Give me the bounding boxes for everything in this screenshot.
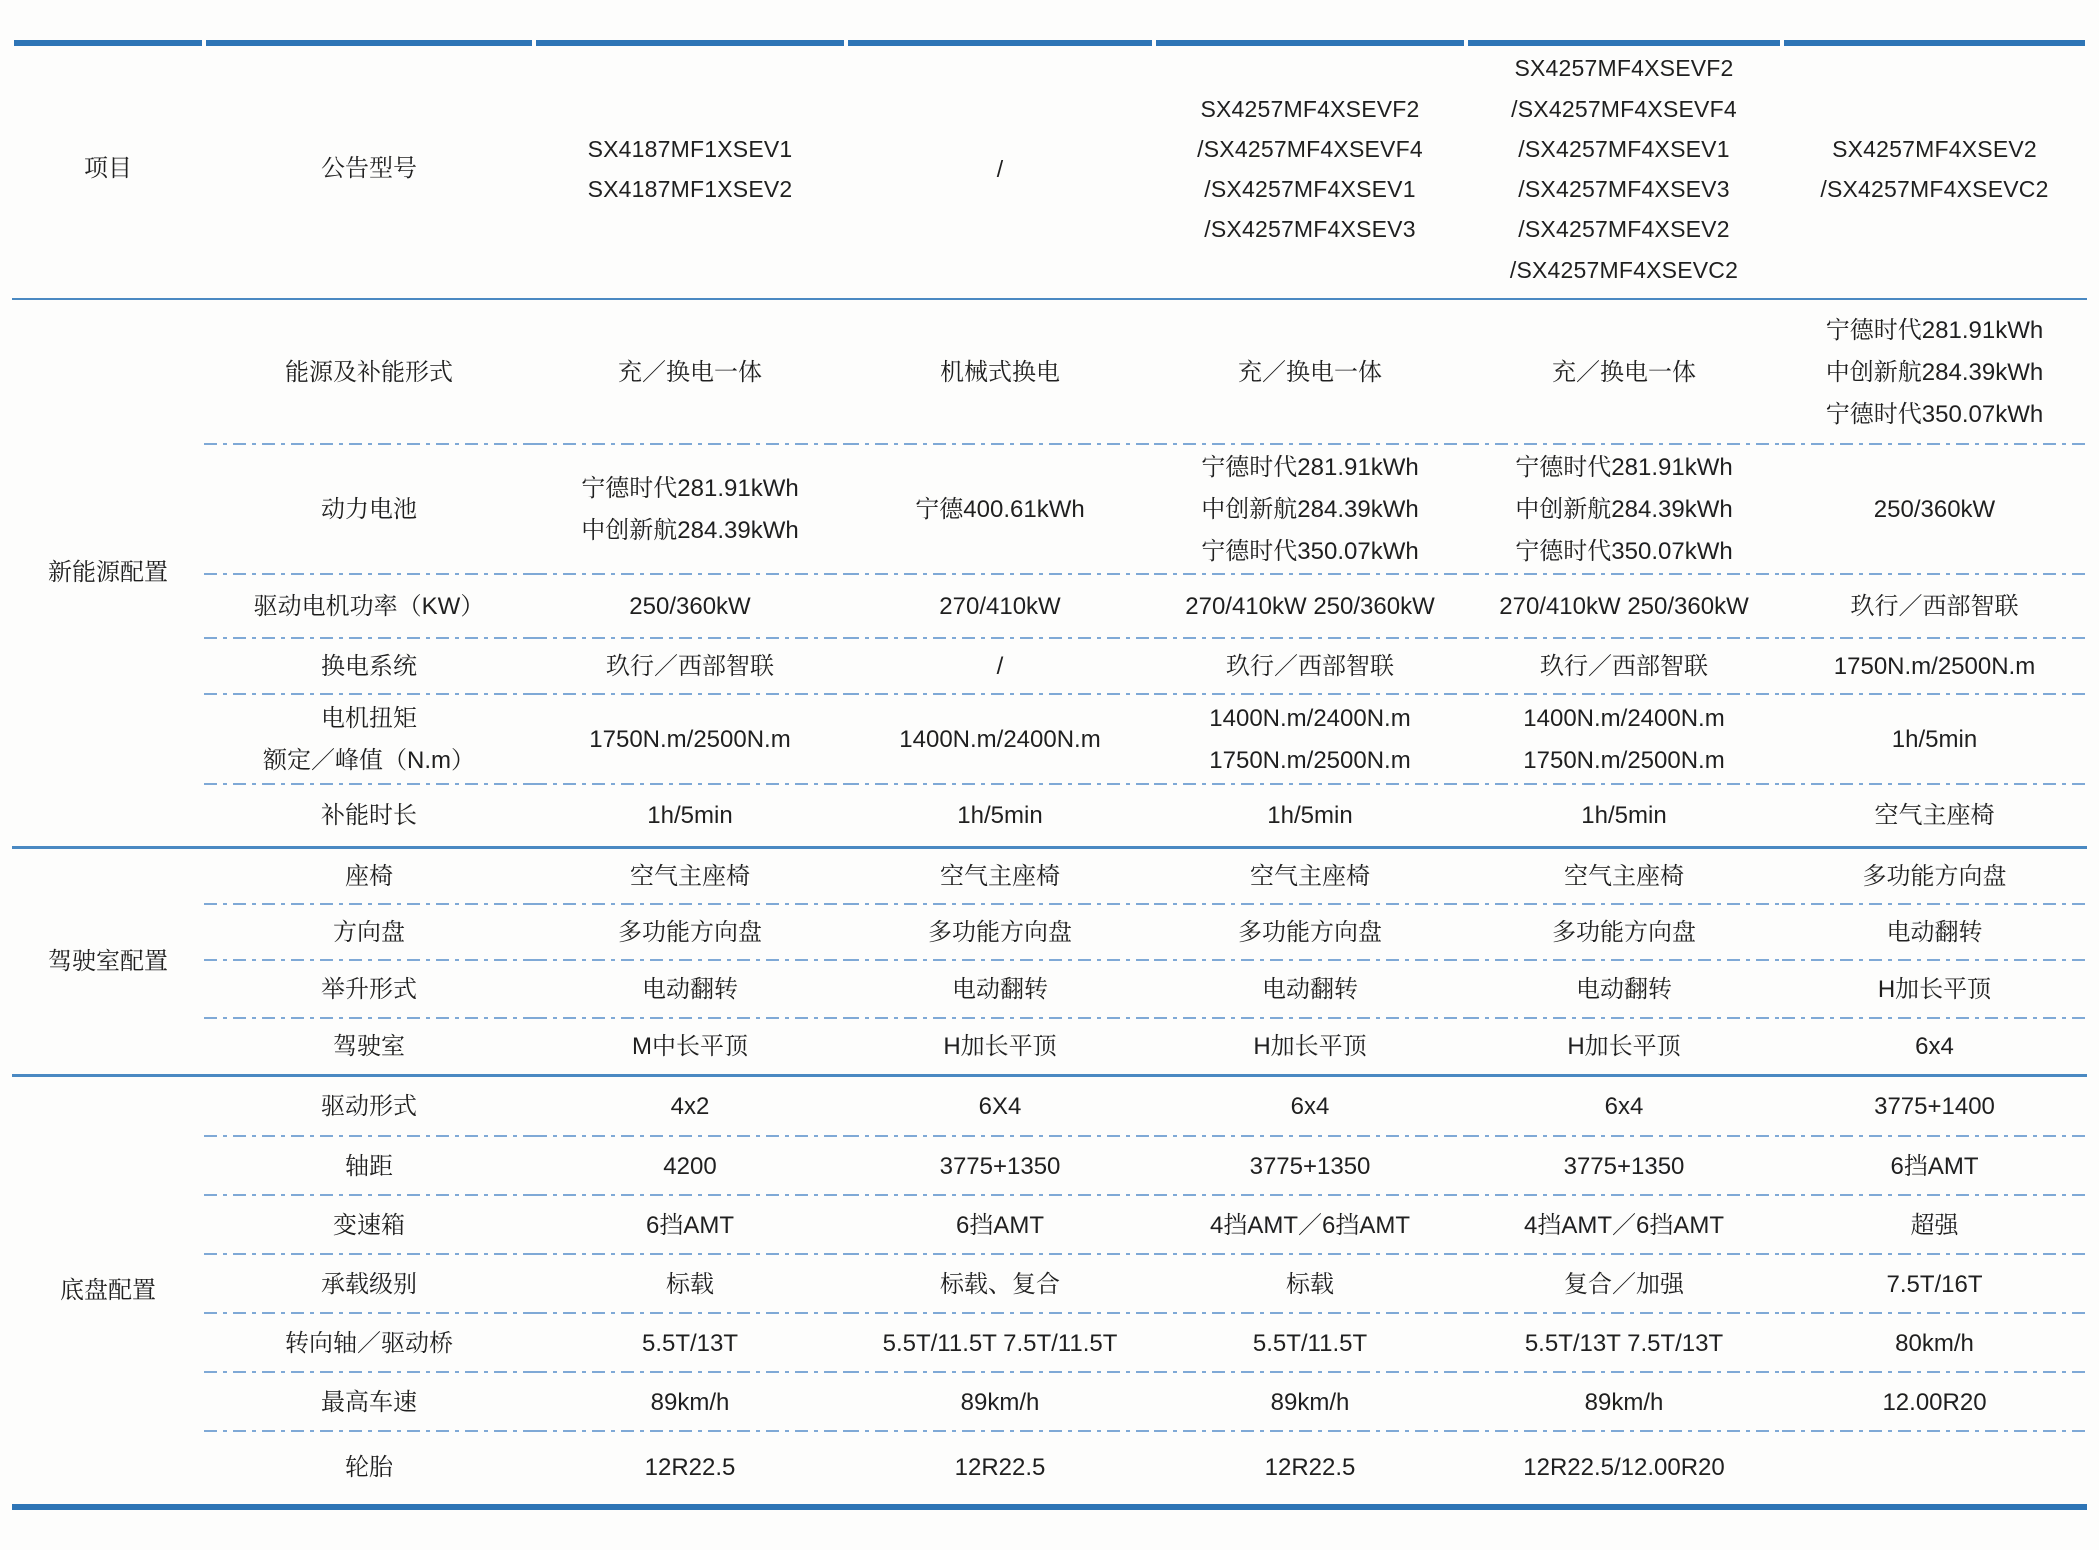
spec-value-cell: 超强 bbox=[1782, 1196, 2087, 1255]
header-row: 项目 公告型号 SX4187MF1XSEV1 SX4187MF1XSEV2 / … bbox=[12, 40, 2087, 300]
spec-value-cell: 标载 bbox=[1154, 1255, 1466, 1314]
spec-value-cell: 充／换电一体 bbox=[1154, 300, 1466, 445]
spec-value-cell: 电动翻转 bbox=[1466, 961, 1782, 1019]
spec-value-cell: 6挡AMT bbox=[534, 1196, 846, 1255]
row-label: 座椅 bbox=[204, 849, 534, 905]
row-label: 能源及补能形式 bbox=[204, 300, 534, 445]
table-row: 驾驶室M中长平顶H加长平顶H加长平顶H加长平顶6x4 bbox=[12, 1019, 2087, 1077]
spec-value-cell: 标载、复合 bbox=[846, 1255, 1154, 1314]
spec-table-body: 新能源配置能源及补能形式充／换电一体机械式换电充／换电一体充／换电一体宁德时代2… bbox=[12, 300, 2087, 1504]
header-model-column-1: SX4187MF1XSEV1 SX4187MF1XSEV2 bbox=[534, 40, 846, 300]
spec-value-cell: 89km/h bbox=[534, 1373, 846, 1432]
spec-value-cell: M中长平顶 bbox=[534, 1019, 846, 1077]
spec-value-cell: 5.5T/11.5T 7.5T/11.5T bbox=[846, 1314, 1154, 1373]
row-label: 方向盘 bbox=[204, 905, 534, 961]
spec-value-cell: 玖行／西部智联 bbox=[1154, 639, 1466, 695]
spec-value-cell: 电动翻转 bbox=[1782, 905, 2087, 961]
row-label: 换电系统 bbox=[204, 639, 534, 695]
spec-value-cell: 4挡AMT／6挡AMT bbox=[1154, 1196, 1466, 1255]
spec-value-cell: 5.5T/13T 7.5T/13T bbox=[1466, 1314, 1782, 1373]
section-label: 底盘配置 bbox=[12, 1077, 204, 1504]
spec-value-cell: 270/410kW 250/360kW bbox=[1466, 575, 1782, 639]
table-row: 驱动电机功率（KW）250/360kW270/410kW270/410kW 25… bbox=[12, 575, 2087, 639]
spec-value-cell: 6x4 bbox=[1782, 1019, 2087, 1077]
spec-value-cell: 270/410kW 250/360kW bbox=[1154, 575, 1466, 639]
spec-value-cell: 复合／加强 bbox=[1466, 1255, 1782, 1314]
table-row: 动力电池宁德时代281.91kWh 中创新航284.39kWh宁德400.61k… bbox=[12, 445, 2087, 575]
spec-value-cell: 1h/5min bbox=[1154, 785, 1466, 849]
spec-value-cell: 6挡AMT bbox=[1782, 1137, 2087, 1196]
header-model-column-2: / bbox=[846, 40, 1154, 300]
table-row: 新能源配置能源及补能形式充／换电一体机械式换电充／换电一体充／换电一体宁德时代2… bbox=[12, 300, 2087, 445]
spec-value-cell: 5.5T/11.5T bbox=[1154, 1314, 1466, 1373]
table-row: 举升形式电动翻转电动翻转电动翻转电动翻转H加长平顶 bbox=[12, 961, 2087, 1019]
spec-value-cell: 6x4 bbox=[1154, 1077, 1466, 1137]
header-model-column-5: SX4257MF4XSEV2 /SX4257MF4XSEVC2 bbox=[1782, 40, 2087, 300]
spec-value-cell: 4挡AMT／6挡AMT bbox=[1466, 1196, 1782, 1255]
section-label: 新能源配置 bbox=[12, 300, 204, 849]
spec-value-cell: 空气主座椅 bbox=[1782, 785, 2087, 849]
spec-value-cell: 270/410kW bbox=[846, 575, 1154, 639]
table-row: 最高车速89km/h89km/h89km/h89km/h12.00R20 bbox=[12, 1373, 2087, 1432]
spec-value-cell: 空气主座椅 bbox=[1466, 849, 1782, 905]
spec-value-cell: 4x2 bbox=[534, 1077, 846, 1137]
page: { "colors":{ "rule_strong":"#2e75b6", "r… bbox=[0, 0, 2099, 1550]
spec-value-cell: 7.5T/16T bbox=[1782, 1255, 2087, 1314]
spec-value-cell: 1750N.m/2500N.m bbox=[1782, 639, 2087, 695]
spec-value-cell: 3775+1350 bbox=[1466, 1137, 1782, 1196]
spec-value-cell: 6x4 bbox=[1466, 1077, 1782, 1137]
spec-value-cell: 多功能方向盘 bbox=[1782, 849, 2087, 905]
spec-value-cell: 多功能方向盘 bbox=[1154, 905, 1466, 961]
spec-value-cell: 89km/h bbox=[1154, 1373, 1466, 1432]
spec-value-cell: 3775+1350 bbox=[846, 1137, 1154, 1196]
row-label: 承载级别 bbox=[204, 1255, 534, 1314]
spec-value-cell: 4200 bbox=[534, 1137, 846, 1196]
row-label: 动力电池 bbox=[204, 445, 534, 575]
spec-value-cell: 250/360kW bbox=[1782, 445, 2087, 575]
spec-value-cell: 多功能方向盘 bbox=[1466, 905, 1782, 961]
row-label: 驾驶室 bbox=[204, 1019, 534, 1077]
table-row: 驾驶室配置座椅空气主座椅空气主座椅空气主座椅空气主座椅多功能方向盘 bbox=[12, 849, 2087, 905]
row-label: 轮胎 bbox=[204, 1432, 534, 1504]
spec-value-cell: 玖行／西部智联 bbox=[534, 639, 846, 695]
row-label: 补能时长 bbox=[204, 785, 534, 849]
spec-value-cell: H加长平顶 bbox=[1154, 1019, 1466, 1077]
table-row: 转向轴／驱动桥5.5T/13T5.5T/11.5T 7.5T/11.5T5.5T… bbox=[12, 1314, 2087, 1373]
table-row: 换电系统玖行／西部智联/玖行／西部智联玖行／西部智联1750N.m/2500N.… bbox=[12, 639, 2087, 695]
spec-value-cell: 电动翻转 bbox=[534, 961, 846, 1019]
spec-value-cell: 80km/h bbox=[1782, 1314, 2087, 1373]
spec-value-cell: 1400N.m/2400N.m 1750N.m/2500N.m bbox=[1154, 695, 1466, 785]
table-row: 承载级别标载标载、复合标载复合／加强7.5T/16T bbox=[12, 1255, 2087, 1314]
section-label: 驾驶室配置 bbox=[12, 849, 204, 1077]
spec-value-cell: 玖行／西部智联 bbox=[1782, 575, 2087, 639]
spec-value-cell: 3775+1350 bbox=[1154, 1137, 1466, 1196]
spec-value-cell: 空气主座椅 bbox=[534, 849, 846, 905]
vehicle-spec-table: 项目 公告型号 SX4187MF1XSEV1 SX4187MF1XSEV2 / … bbox=[12, 40, 2087, 1504]
spec-value-cell: 宁德时代281.91kWh 中创新航284.39kWh 宁德时代350.07kW… bbox=[1154, 445, 1466, 575]
spec-value-cell: 标载 bbox=[534, 1255, 846, 1314]
spec-value-cell: 250/360kW bbox=[534, 575, 846, 639]
row-label: 举升形式 bbox=[204, 961, 534, 1019]
spec-value-cell: 充／换电一体 bbox=[1466, 300, 1782, 445]
spec-value-cell: 12R22.5/12.00R20 bbox=[1466, 1432, 1782, 1504]
table-row: 底盘配置驱动形式4x26X46x46x43775+1400 bbox=[12, 1077, 2087, 1137]
header-item-column: 项目 bbox=[12, 40, 204, 300]
spec-value-cell: 1h/5min bbox=[1782, 695, 2087, 785]
spec-value-cell: 1750N.m/2500N.m bbox=[534, 695, 846, 785]
spec-value-cell: 宁德400.61kWh bbox=[846, 445, 1154, 575]
spec-value-cell: 电动翻转 bbox=[846, 961, 1154, 1019]
spec-value-cell: 充／换电一体 bbox=[534, 300, 846, 445]
spec-value-cell: 玖行／西部智联 bbox=[1466, 639, 1782, 695]
row-label: 最高车速 bbox=[204, 1373, 534, 1432]
row-label: 驱动电机功率（KW） bbox=[204, 575, 534, 639]
spec-value-cell: 6X4 bbox=[846, 1077, 1154, 1137]
spec-value-cell: 12R22.5 bbox=[534, 1432, 846, 1504]
table-row: 变速箱6挡AMT6挡AMT4挡AMT／6挡AMT4挡AMT／6挡AMT超强 bbox=[12, 1196, 2087, 1255]
spec-value-cell: 机械式换电 bbox=[846, 300, 1154, 445]
spec-value-cell: 1h/5min bbox=[846, 785, 1154, 849]
spec-value-cell: 空气主座椅 bbox=[1154, 849, 1466, 905]
spec-value-cell: 空气主座椅 bbox=[846, 849, 1154, 905]
spec-value-cell: 3775+1400 bbox=[1782, 1077, 2087, 1137]
table-row: 电机扭矩 额定／峰值（N.m）1750N.m/2500N.m1400N.m/24… bbox=[12, 695, 2087, 785]
row-label: 轴距 bbox=[204, 1137, 534, 1196]
header-model-column-3: SX4257MF4XSEVF2 /SX4257MF4XSEVF4 /SX4257… bbox=[1154, 40, 1466, 300]
header-model-column-4: SX4257MF4XSEVF2 /SX4257MF4XSEVF4 /SX4257… bbox=[1466, 40, 1782, 300]
spec-value-cell: 多功能方向盘 bbox=[534, 905, 846, 961]
spec-value-cell: 1h/5min bbox=[1466, 785, 1782, 849]
spec-value-cell: 89km/h bbox=[1466, 1373, 1782, 1432]
spec-value-cell: H加长平顶 bbox=[1466, 1019, 1782, 1077]
row-label: 电机扭矩 额定／峰值（N.m） bbox=[204, 695, 534, 785]
table-row: 轮胎12R22.512R22.512R22.512R22.5/12.00R20 bbox=[12, 1432, 2087, 1504]
spec-value-cell: 1400N.m/2400N.m 1750N.m/2500N.m bbox=[1466, 695, 1782, 785]
spec-value-cell: 12R22.5 bbox=[846, 1432, 1154, 1504]
spec-value-cell: 12.00R20 bbox=[1782, 1373, 2087, 1432]
header-model-label: 公告型号 bbox=[204, 40, 534, 300]
spec-value-cell: 宁德时代281.91kWh 中创新航284.39kWh bbox=[534, 445, 846, 575]
spec-value-cell: H加长平顶 bbox=[1782, 961, 2087, 1019]
spec-value-cell: 多功能方向盘 bbox=[846, 905, 1154, 961]
spec-table: 项目 公告型号 SX4187MF1XSEV1 SX4187MF1XSEV2 / … bbox=[12, 40, 2087, 1510]
spec-value-cell: 宁德时代281.91kWh 中创新航284.39kWh 宁德时代350.07kW… bbox=[1466, 445, 1782, 575]
spec-value-cell bbox=[1782, 1432, 2087, 1504]
table-row: 轴距42003775+13503775+13503775+13506挡AMT bbox=[12, 1137, 2087, 1196]
spec-value-cell: 电动翻转 bbox=[1154, 961, 1466, 1019]
row-label: 驱动形式 bbox=[204, 1077, 534, 1137]
spec-value-cell: 5.5T/13T bbox=[534, 1314, 846, 1373]
table-row: 方向盘多功能方向盘多功能方向盘多功能方向盘多功能方向盘电动翻转 bbox=[12, 905, 2087, 961]
table-row: 补能时长1h/5min1h/5min1h/5min1h/5min空气主座椅 bbox=[12, 785, 2087, 849]
spec-value-cell: 89km/h bbox=[846, 1373, 1154, 1432]
spec-value-cell: 宁德时代281.91kWh 中创新航284.39kWh 宁德时代350.07kW… bbox=[1782, 300, 2087, 445]
spec-value-cell: 6挡AMT bbox=[846, 1196, 1154, 1255]
row-label: 变速箱 bbox=[204, 1196, 534, 1255]
spec-value-cell: H加长平顶 bbox=[846, 1019, 1154, 1077]
spec-value-cell: 1400N.m/2400N.m bbox=[846, 695, 1154, 785]
spec-value-cell: 1h/5min bbox=[534, 785, 846, 849]
spec-value-cell: / bbox=[846, 639, 1154, 695]
row-label: 转向轴／驱动桥 bbox=[204, 1314, 534, 1373]
spec-value-cell: 12R22.5 bbox=[1154, 1432, 1466, 1504]
